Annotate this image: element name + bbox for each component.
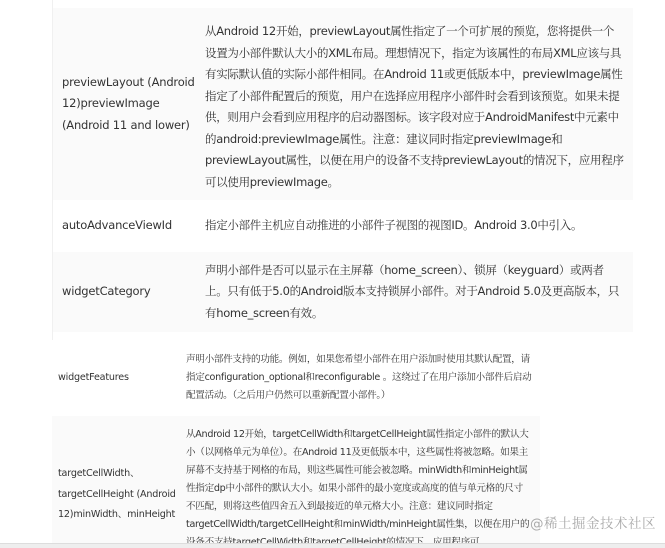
- bottom-edge: [0, 543, 665, 548]
- table-row: targetCellWidth、targetCellHeight (Androi…: [52, 416, 540, 548]
- attribute-name: targetCellWidth、targetCellHeight (Androi…: [52, 416, 186, 526]
- table-row: widgetFeatures 声明小部件支持的功能。例如，如果您希望小部件在用户…: [52, 340, 540, 416]
- table-row: widgetCategory 声明小部件是否可以显示在主屏幕（home_scre…: [53, 252, 633, 332]
- attributes-table-continued: widgetFeatures 声明小部件支持的功能。例如，如果您希望小部件在用户…: [52, 340, 540, 548]
- attribute-name: widgetCategory: [53, 281, 205, 303]
- attribute-name: widgetFeatures: [52, 369, 186, 387]
- watermark: @稀土掘金技术社区: [530, 512, 656, 532]
- attribute-name: previewLayout (Android 12)previewImage (…: [53, 72, 205, 137]
- attribute-name: autoAdvanceViewId: [53, 215, 205, 237]
- attribute-description: 指定小部件主机应自动推进的小部件子视图的视图ID。Android 3.0中引入。: [205, 215, 633, 237]
- attribute-description: 声明小部件是否可以显示在主屏幕（home_screen）、锁屏（keyguard…: [205, 260, 633, 325]
- table-row: autoAdvanceViewId 指定小部件主机应自动推进的小部件子视图的视图…: [53, 200, 633, 252]
- attribute-description: 从Android 12开始，targetCellWidth和targetCell…: [186, 416, 540, 548]
- attribute-description: 声明小部件支持的功能。例如，如果您希望小部件在用户添加时使用其默认配置，请指定c…: [186, 351, 540, 405]
- attributes-table: previewLayout (Android 12)previewImage (…: [53, 8, 633, 332]
- attribute-description: 从Android 12开始，previewLayout属性指定了一个可扩展的预览…: [205, 15, 633, 193]
- table-row: previewLayout (Android 12)previewImage (…: [53, 8, 633, 200]
